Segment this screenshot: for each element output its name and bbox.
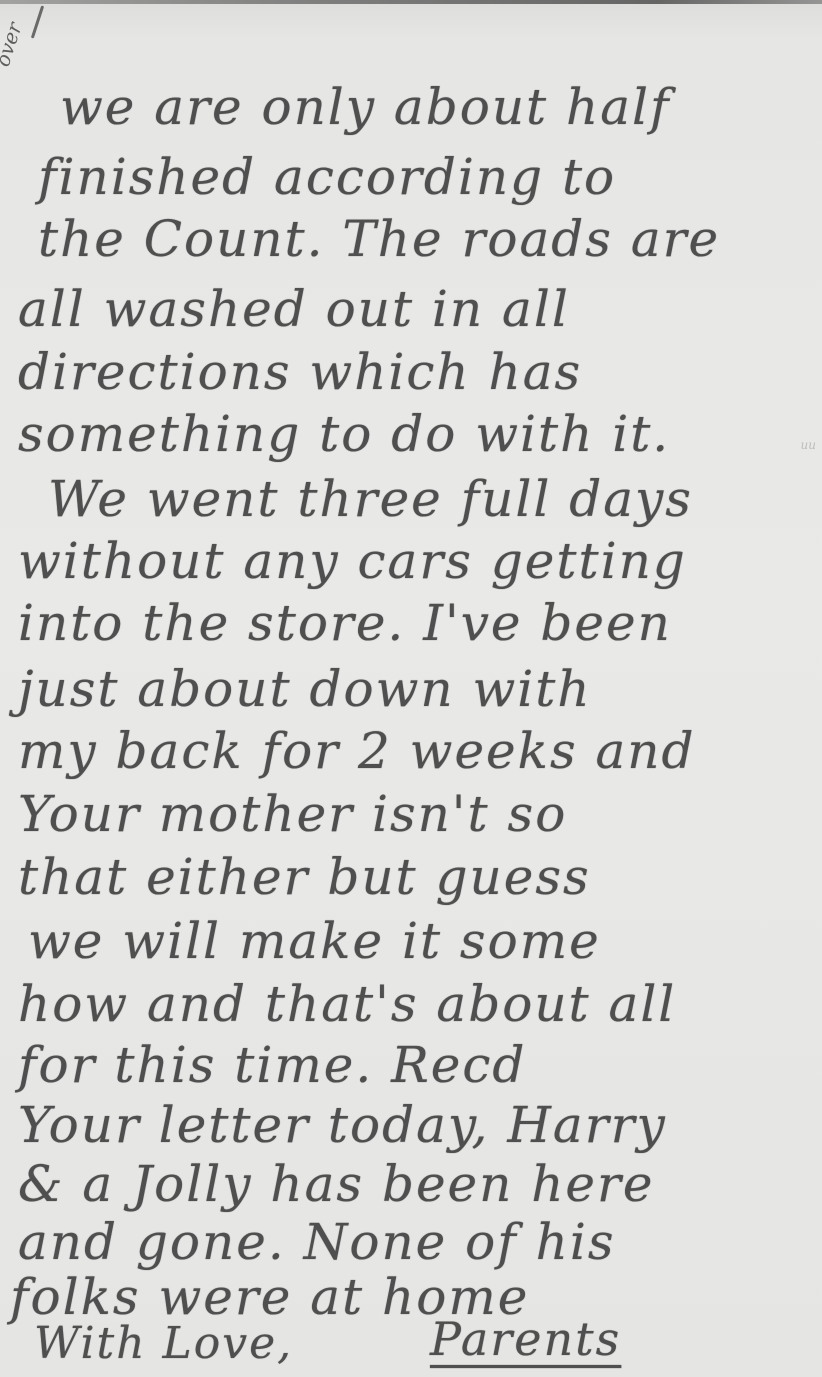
signature: Parents: [430, 1312, 621, 1366]
letter-line: Your mother isn't so: [18, 785, 567, 843]
margin-check-mark: [31, 5, 44, 38]
letter-line: we will make it some: [28, 912, 601, 970]
letter-line: all washed out in all: [18, 280, 570, 338]
stray-pencil-mark: uu: [801, 438, 816, 452]
letter-line: and gone. None of his: [18, 1213, 616, 1271]
letter-line: for this time. Recd: [18, 1036, 526, 1094]
letter-line: something to do with it.: [18, 405, 670, 463]
letter-line: just about down with: [18, 660, 592, 718]
letter-line: directions which has: [18, 343, 582, 401]
letter-page: over uu we are only about half finished …: [0, 0, 822, 1377]
letter-line: Your letter today, Harry: [18, 1096, 667, 1154]
letter-line: how and that's about all: [18, 975, 676, 1033]
letter-line: that either but guess: [18, 848, 591, 906]
letter-line: into the store. I've been: [18, 594, 672, 652]
letter-line: & a Jolly has been here: [18, 1155, 655, 1213]
letter-line: without any cars getting: [18, 532, 687, 590]
letter-line: finished according to: [38, 148, 616, 206]
letter-line: the Count. The roads are: [38, 210, 720, 268]
margin-note: over: [0, 19, 27, 69]
closing-line: With Love,: [34, 1318, 293, 1369]
letter-line: my back for 2 weeks and: [18, 722, 696, 780]
paper-top-edge: [0, 0, 822, 4]
letter-line: We went three full days: [48, 470, 693, 528]
letter-line: we are only about half: [60, 78, 671, 136]
